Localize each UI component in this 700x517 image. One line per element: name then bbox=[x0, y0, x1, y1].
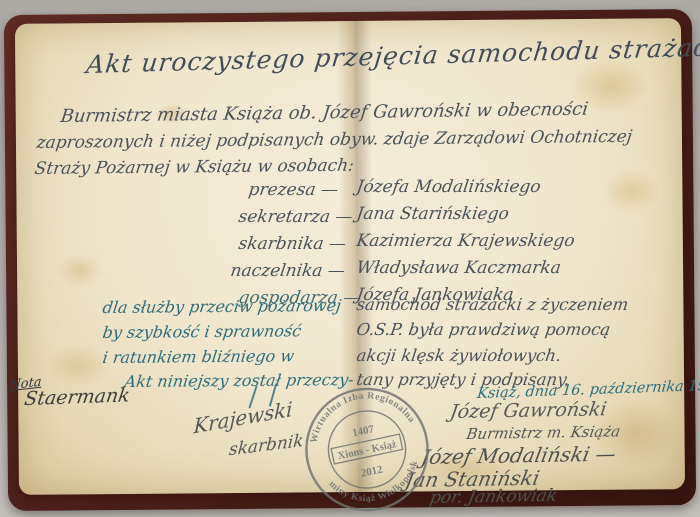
member-name: Józefa Modalińskiego bbox=[355, 177, 542, 197]
stamp-year-top: 1407 bbox=[351, 423, 376, 439]
signature-member-1: Józef Modaliński — bbox=[419, 442, 618, 469]
archive-stamp: Wirtualna Izba Regionalna Gminy Książ Wi… bbox=[288, 377, 446, 517]
body-right-line-1: samochód strażacki z życzeniem bbox=[355, 295, 629, 314]
member-name: Kazimierza Krajewskiego bbox=[355, 231, 576, 251]
body-left-line-3: i ratunkiem bliźniego w bbox=[101, 346, 295, 367]
body-right-line-2: O.S.P. była prawdziwą pomocą bbox=[355, 320, 611, 339]
signature-member-3: por. Jankowiak bbox=[428, 486, 559, 508]
scanned-document-scene: Akt uroczystego przejęcia samochodu stra… bbox=[0, 0, 700, 517]
signature-treasurer-name: Krajewski bbox=[193, 397, 293, 439]
intro-line-3: Straży Pożarnej w Książu w osobach: bbox=[33, 156, 355, 179]
signature-mayor-name: Józef Gawroński bbox=[449, 398, 609, 423]
stamp-year-bottom: 2012 bbox=[360, 463, 385, 479]
intro-line-1: Burmistrz miasta Książa ob. Józef Gawroń… bbox=[59, 99, 589, 127]
member-name: Jana Starińskiego bbox=[355, 204, 510, 224]
body-left-line-1: dla służby przeciw pożarowej bbox=[101, 296, 342, 317]
role-label: naczelnika — bbox=[229, 261, 346, 281]
role-label: skarbnika — bbox=[237, 234, 347, 254]
role-label: sekretarza — bbox=[237, 207, 354, 227]
handwriting-layer: Akt uroczystego przejęcia samochodu stra… bbox=[0, 0, 700, 517]
role-label: prezesa — bbox=[247, 180, 339, 200]
body-right-line-3: akcji klęsk żywiołowych. bbox=[355, 346, 562, 365]
signature-mayor-title: Burmistrz m. Książa bbox=[465, 422, 622, 443]
member-name: Władysława Kaczmarka bbox=[355, 258, 562, 278]
body-left-line-2: by szybkość i sprawność bbox=[101, 321, 302, 342]
document-title: Akt uroczystego przejęcia samochodu stra… bbox=[85, 31, 700, 80]
stamp-center-text: Xions - Książ bbox=[337, 439, 398, 462]
intro-line-2: zaproszonych i niżej podpisanych obyw. z… bbox=[35, 127, 633, 153]
signature-left-name: Staermank bbox=[23, 384, 131, 410]
